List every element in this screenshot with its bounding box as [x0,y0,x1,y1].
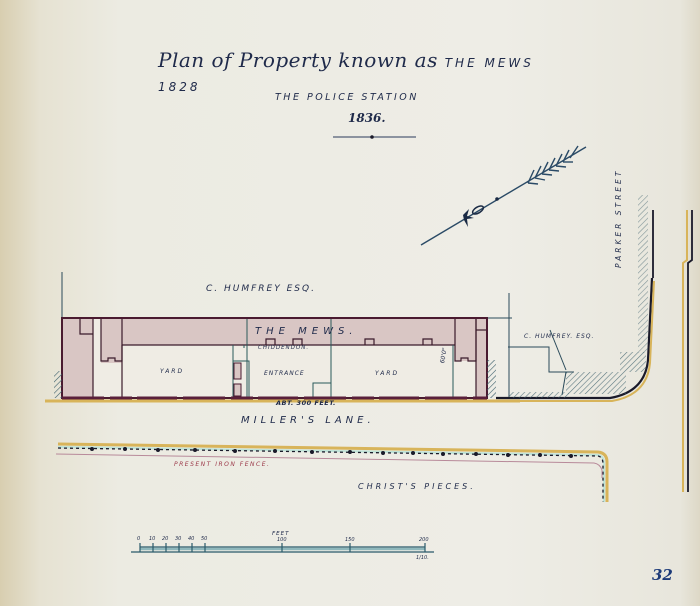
scale-tick-100: 100 [277,537,287,543]
millers-lane-label: MILLER'S LANE. [241,415,375,426]
christs-pieces-label: CHRIST'S PIECES. [358,482,476,491]
building-name-label: THE MEWS. [255,326,358,337]
scale-tick-50: 50 [201,536,207,542]
frontage-label: ABT. 300 FEET. [276,399,336,407]
title-divider [333,135,416,139]
neighbor-east-label: C. HUMFREY. ESQ. [524,333,594,340]
scale-ratio: 1/10. [416,555,429,561]
scale-tick-200: 200 [419,537,429,543]
scale-tick-40: 40 [188,536,194,542]
page-number: 32 [652,566,673,584]
plan-drawing [0,0,700,606]
scale-tick-30: 30 [175,536,181,542]
humfrey-east-property [496,195,654,401]
room-yard-east: YARD [375,370,399,377]
north-arrow-icon [421,146,586,245]
scale-tick-20: 20 [162,536,168,542]
room-entrance: ENTRANCE [264,370,305,377]
plan-sheet: Plan of Property known as THE MEWS 1828 … [0,0,700,606]
fence-label: PRESENT IRON FENCE. [174,461,270,468]
building-sub-label: CHIDDENDON. [258,345,309,351]
neighbor-north-label: C. HUMFREY ESQ. [206,284,316,294]
parker-street-label: PARKER STREET [614,169,623,268]
scale-tick-10: 10 [149,536,155,542]
scale-tick-150: 150 [345,537,355,543]
scale-bar [131,543,434,552]
scale-tick-0: 0 [137,536,140,542]
room-yard-west: YARD [160,368,184,375]
iron-fence [56,444,607,502]
parker-street-edge [653,210,692,492]
